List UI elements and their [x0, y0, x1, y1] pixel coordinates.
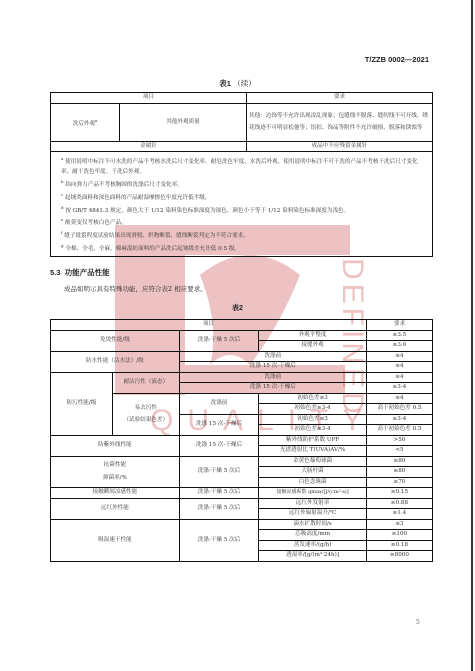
- table2-cell: ≥0.88: [366, 498, 432, 509]
- table2-cell: 耐沾污性（液态）: [112, 372, 179, 393]
- table2-cell: 初始色差≥3-4: [259, 404, 367, 415]
- table2-cell: 洗涤 15 次-干燥后: [179, 414, 259, 435]
- table2-cell: 洗涤-干燥 5 次后: [179, 519, 259, 561]
- table2-cell: 防污性能/级: [51, 372, 113, 435]
- table2-cell: ≥80: [366, 467, 432, 478]
- table2-header-item: 项目: [51, 320, 367, 331]
- table2-cell: 洗涤前: [179, 351, 366, 362]
- table2-cell: ≥3.0: [366, 341, 432, 352]
- table2-cell: 免烫性能/级: [51, 330, 180, 351]
- table2-cell: 接触瞬间凉感性能: [51, 488, 180, 499]
- table2-cell: 洗涤-干燥 5 次后: [179, 498, 259, 519]
- table2-cell: 接触凉感系数 qmax/[J/(cm²·s)]: [259, 488, 367, 499]
- table2-cell: 接缝外观: [259, 341, 367, 352]
- table2-cell: 远红外辐射温升/℃: [259, 509, 367, 520]
- table2-cell: 洗涤-干燥 5 次后: [179, 456, 259, 488]
- page-number: 5: [416, 619, 420, 626]
- table1-cell: 洗后外观a: [51, 103, 120, 141]
- table2-cell: ≥4: [366, 393, 432, 404]
- table2-cell: 外观平整度: [259, 330, 367, 341]
- table2-cell: 初始色差≤3: [259, 414, 367, 425]
- table2-cell: 洗涤-干燥 5 次后: [179, 330, 259, 351]
- table2-cell: 滴水扩散时间/s: [259, 519, 367, 530]
- table2-cell: ≥4: [366, 362, 432, 373]
- table2-cell: 紫外线防护系数 UPF: [259, 435, 367, 446]
- table2-cell: ≥70: [366, 477, 432, 488]
- table2-cell: ≥1.4: [366, 509, 432, 520]
- table2-cell: 高于初始色差 0.5: [366, 425, 432, 436]
- table2-cell: 抗菌性能抑菌率/%: [51, 456, 180, 488]
- table2-cell: ≥3-4: [366, 383, 432, 394]
- table2-cell: 洗涤 15 次-干燥后: [179, 362, 366, 373]
- table1-caption: 表1 （续）: [0, 78, 475, 89]
- standard-code: T/ZZB 0002—2021: [365, 55, 429, 64]
- table2-cell: ≥3-4: [366, 414, 432, 425]
- page-edge: [471, 0, 473, 671]
- table2: 项目 要求 免烫性能/级 洗涤-干燥 5 次后 外观平整度 ≥3.5 接缝外观 …: [50, 319, 433, 562]
- table2-cell: 防水性能（沾水法）/级: [51, 351, 180, 372]
- table2-cell: 光谱透射比 T(UVA)AV/%: [259, 446, 367, 457]
- table1-notes: a 使用说明中标注不可水洗的产品不考核水洗后尺寸变化率、耐皂洗色牢度、水洗后外观…: [51, 152, 433, 257]
- table2-cell: 大肠杆菌: [259, 467, 367, 478]
- table1-header-item: 项目: [51, 93, 247, 104]
- table2-cell: 远红外性能: [51, 498, 180, 519]
- section-heading: 5.3 功能产品性能: [50, 267, 110, 278]
- table1: 项目 要求 洗后外观a 其他外观质量 其他：边饰等不允许出现凌乱现象；包缝线不脱…: [50, 92, 433, 257]
- table2-cell: 洗涤 15 次-干燥后: [179, 383, 366, 394]
- table2-cell: <5: [366, 446, 432, 457]
- table2-cell: 吸湿速干性能: [51, 519, 180, 561]
- table2-cell: 金黄色葡萄球菌: [259, 456, 367, 467]
- table2-cell: >50: [366, 435, 432, 446]
- table2-cell: 初始色差≤3: [259, 393, 367, 404]
- table2-cell: 芯吸高度/mm: [259, 530, 367, 541]
- table2-cell: 白色念珠菌: [259, 477, 367, 488]
- table2-cell: 易去污性（试验结果色差）: [112, 393, 179, 435]
- table1-header-req: 要求: [247, 93, 433, 104]
- table2-cell: 洗涤前: [179, 372, 366, 383]
- table2-cell: 高于初始色差 0.5: [366, 404, 432, 415]
- table2-cell: 防紫外线性能: [51, 435, 180, 456]
- table1-cell: 金属针: [51, 141, 247, 152]
- intro-text: 成品如明示具有特殊功能，应符合表2 相应要求。: [64, 284, 207, 293]
- table2-cell: ≥4: [366, 351, 432, 362]
- table1-cell: 成品中不应残留金属针: [247, 141, 433, 152]
- table2-cell: 洗涤前: [179, 393, 259, 414]
- table2-cell: ≥100: [366, 530, 432, 541]
- table2-cell: ≥4: [366, 372, 432, 383]
- table2-cell: 蒸发速率/(g/h): [259, 540, 367, 551]
- table2-header-req: 要求: [366, 320, 432, 331]
- table2-cell: 初始色差≥3-4: [259, 425, 367, 436]
- table2-cell: ≤3: [366, 519, 432, 530]
- table2-cell: 透湿率/[g/(m²·24h)]: [259, 551, 367, 562]
- table2-cell: 远红外发射率: [259, 498, 367, 509]
- table2-cell: ≥8000: [366, 551, 432, 562]
- table2-cell: ≥3.5: [366, 330, 432, 341]
- table2-cell: 洗涤-干燥 5 次后: [179, 488, 259, 499]
- table1-cell: 其他：边饰等不允许出现凌乱现象；包缝线不脱落、缝纫线不可开线、绣花线迹不可明显松…: [247, 103, 433, 141]
- table2-caption: 表2: [0, 303, 475, 313]
- table2-cell: ≥0.15: [366, 488, 432, 499]
- table2-cell: ≥0.18: [366, 540, 432, 551]
- table1-cell: 其他外观质量: [120, 103, 247, 141]
- table2-cell: 洗涤 15 次-干燥后: [179, 435, 259, 456]
- table2-cell: ≥80: [366, 456, 432, 467]
